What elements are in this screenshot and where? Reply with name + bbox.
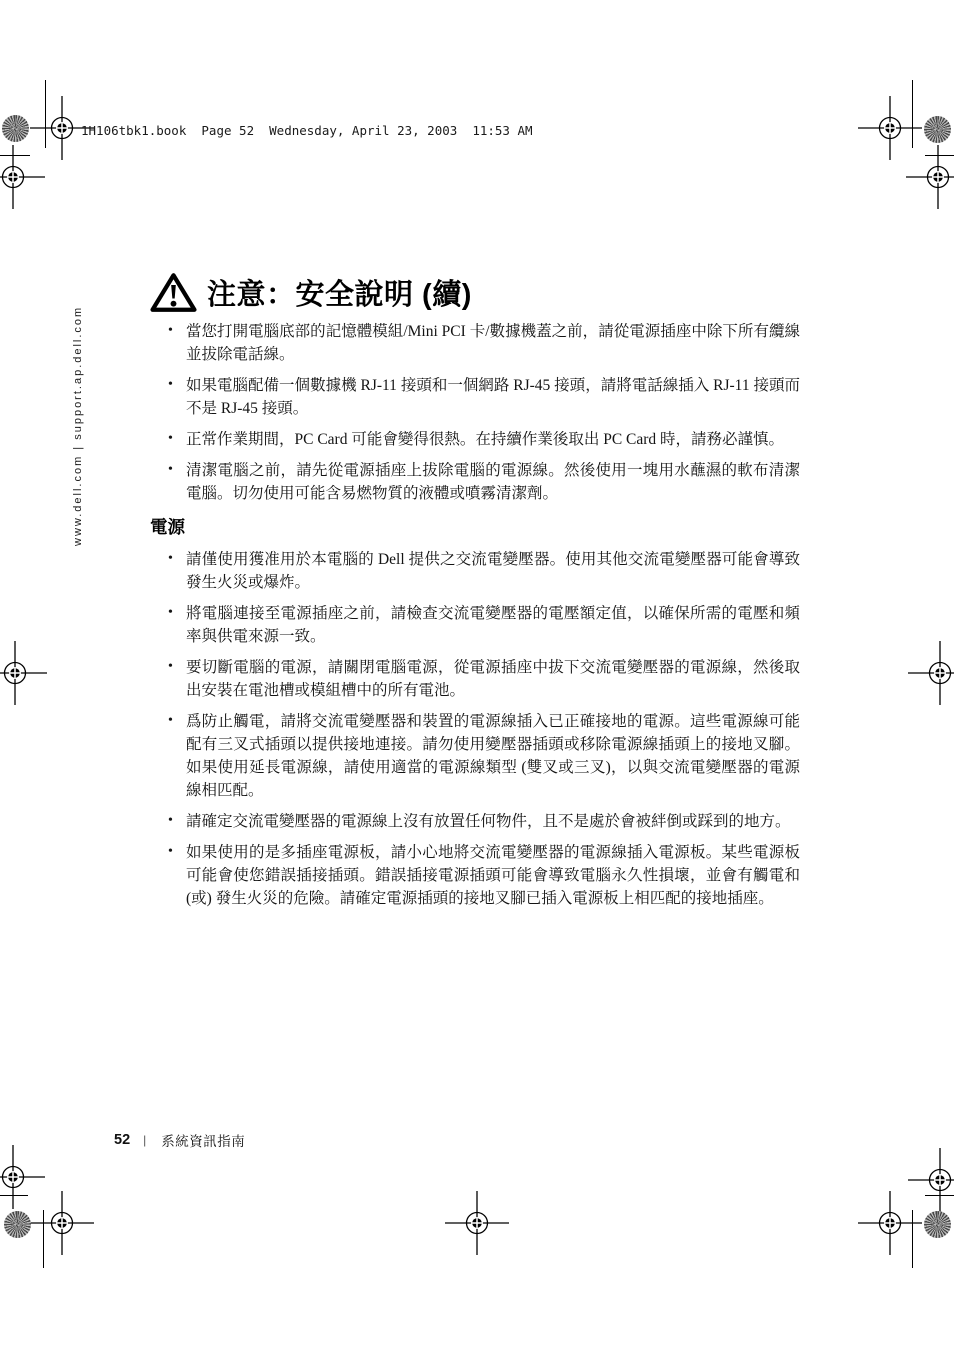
footer-page-number: 52 [114, 1132, 130, 1148]
crop-line [0, 1195, 28, 1196]
pinwheel-target [4, 1211, 31, 1238]
document-page: 1H106tbk1.book Page 52 Wednesday, April … [0, 0, 954, 1351]
crop-line [43, 1210, 44, 1268]
bullet-marker: • [168, 373, 173, 396]
crop-line [912, 80, 913, 148]
pinwheel-target [924, 1211, 951, 1238]
crop-line [912, 1210, 913, 1268]
page-title: 注意：安全說明 (續) [207, 272, 472, 313]
registration-mark [893, 132, 954, 222]
bullet-item: •請確定交流電變壓器的電源線上沒有放置任何物件，且不是處於會被絆倒或踩到的地方。 [150, 810, 800, 833]
bullet-text: 請確定交流電變壓器的電源線上沒有放置任何物件，且不是處於會被絆倒或踩到的地方。 [186, 813, 791, 830]
bullet-item: •正常作業期間，PC Card 可能會變得很熱。在持續作業後取出 PC Card… [150, 428, 800, 451]
bullet-marker: • [168, 319, 173, 342]
bullet-marker: • [168, 547, 173, 570]
bullet-marker: • [168, 809, 173, 832]
bullet-item: •爲防止觸電，請將交流電變壓器和裝置的電源線插入已正確接地的電源。這些電源線可能… [150, 710, 800, 802]
registration-mark [0, 1132, 58, 1222]
footer-doc-title: 系統資訊指南 [161, 1130, 245, 1150]
bullet-text: 請僅使用獲准用於本電腦的 Dell 提供之交流電變壓器。使用其他交流電變壓器可能… [186, 551, 800, 591]
page-content: 注意：安全說明 (續) •當您打開電腦底部的記憶體模組/Mini PCI 卡/數… [150, 270, 800, 918]
registration-mark [845, 83, 935, 173]
bullet-item: •要切斷電腦的電源，請關閉電腦電源，從電源插座中拔下交流電變壓器的電源線，然後取… [150, 656, 800, 702]
file-header-text: 1H106tbk1.book Page 52 Wednesday, April … [81, 123, 533, 138]
registration-mark [845, 1178, 935, 1268]
bullet-text: 要切斷電腦的電源，請關閉電腦電源，從電源插座中拔下交流電變壓器的電源線，然後取出… [186, 659, 800, 699]
footer-divider: | [143, 1133, 146, 1147]
pinwheel-target [2, 115, 29, 142]
registration-mark [0, 628, 60, 718]
pinwheel-target [924, 116, 951, 143]
sidebar-url-text: www.dell.com | support.ap.dell.com [72, 262, 84, 546]
bullet-text: 將電腦連接至電源插座之前，請檢查交流電變壓器的電壓額定值，以確保所需的電壓和頻率… [186, 605, 800, 645]
bullet-text: 如果電腦配備一個數據機 RJ-11 接頭和一個網路 RJ-45 接頭，請將電話線… [186, 377, 800, 417]
caution-title-row: 注意：安全說明 (續) [150, 270, 800, 314]
registration-mark [432, 1178, 522, 1268]
bullet-item: •將電腦連接至電源插座之前，請檢查交流電變壓器的電壓額定值，以確保所需的電壓和頻… [150, 602, 800, 648]
bullet-marker: • [168, 427, 173, 450]
bullet-item: •清潔電腦之前，請先從電源插座上拔除電腦的電源線。然後使用一塊用水蘸濕的軟布清潔… [150, 459, 800, 505]
crop-line [0, 155, 30, 156]
bullet-item: •如果電腦配備一個數據機 RJ-11 接頭和一個網路 RJ-45 接頭，請將電話… [150, 374, 800, 420]
registration-mark [0, 132, 58, 222]
bullet-text: 清潔電腦之前，請先從電源插座上拔除電腦的電源線。然後使用一塊用水蘸濕的軟布清潔電… [186, 462, 800, 502]
bullet-item: •當您打開電腦底部的記憶體模組/Mini PCI 卡/數據機蓋之前，請從電源插座… [150, 320, 800, 366]
section-heading-power: 電源 [150, 514, 800, 539]
bullet-item: •請僅使用獲准用於本電腦的 Dell 提供之交流電變壓器。使用其他交流電變壓器可… [150, 548, 800, 594]
bullet-marker: • [168, 840, 173, 863]
page-footer: 52 | 系統資訊指南 [114, 1130, 245, 1150]
bullet-text: 正常作業期間，PC Card 可能會變得很熱。在持續作業後取出 PC Card … [186, 431, 784, 448]
bullet-marker: • [168, 601, 173, 624]
bullet-marker: • [168, 655, 173, 678]
bullet-text: 當您打開電腦底部的記憶體模組/Mini PCI 卡/數據機蓋之前，請從電源插座中… [186, 323, 800, 363]
crop-line [925, 1195, 954, 1196]
registration-mark [895, 1135, 954, 1225]
bullet-text: 如果使用的是多插座電源板，請小心地將交流電變壓器的電源線插入電源板。某些電源板可… [186, 844, 800, 907]
warning-triangle-icon [150, 272, 197, 313]
registration-mark [17, 1178, 107, 1268]
bullet-marker: • [168, 458, 173, 481]
bullet-item: •如果使用的是多插座電源板，請小心地將交流電變壓器的電源線插入電源板。某些電源板… [150, 841, 800, 910]
bullet-marker: • [168, 709, 173, 732]
bullet-text: 爲防止觸電，請將交流電變壓器和裝置的電源線插入已正確接地的電源。這些電源線可能配… [186, 713, 800, 799]
intro-bullet-list: •當您打開電腦底部的記憶體模組/Mini PCI 卡/數據機蓋之前，請從電源插座… [150, 320, 800, 505]
power-bullet-list: •請僅使用獲准用於本電腦的 Dell 提供之交流電變壓器。使用其他交流電變壓器可… [150, 548, 800, 910]
crop-line [925, 155, 954, 156]
registration-mark [895, 628, 954, 718]
crop-line [45, 80, 46, 148]
